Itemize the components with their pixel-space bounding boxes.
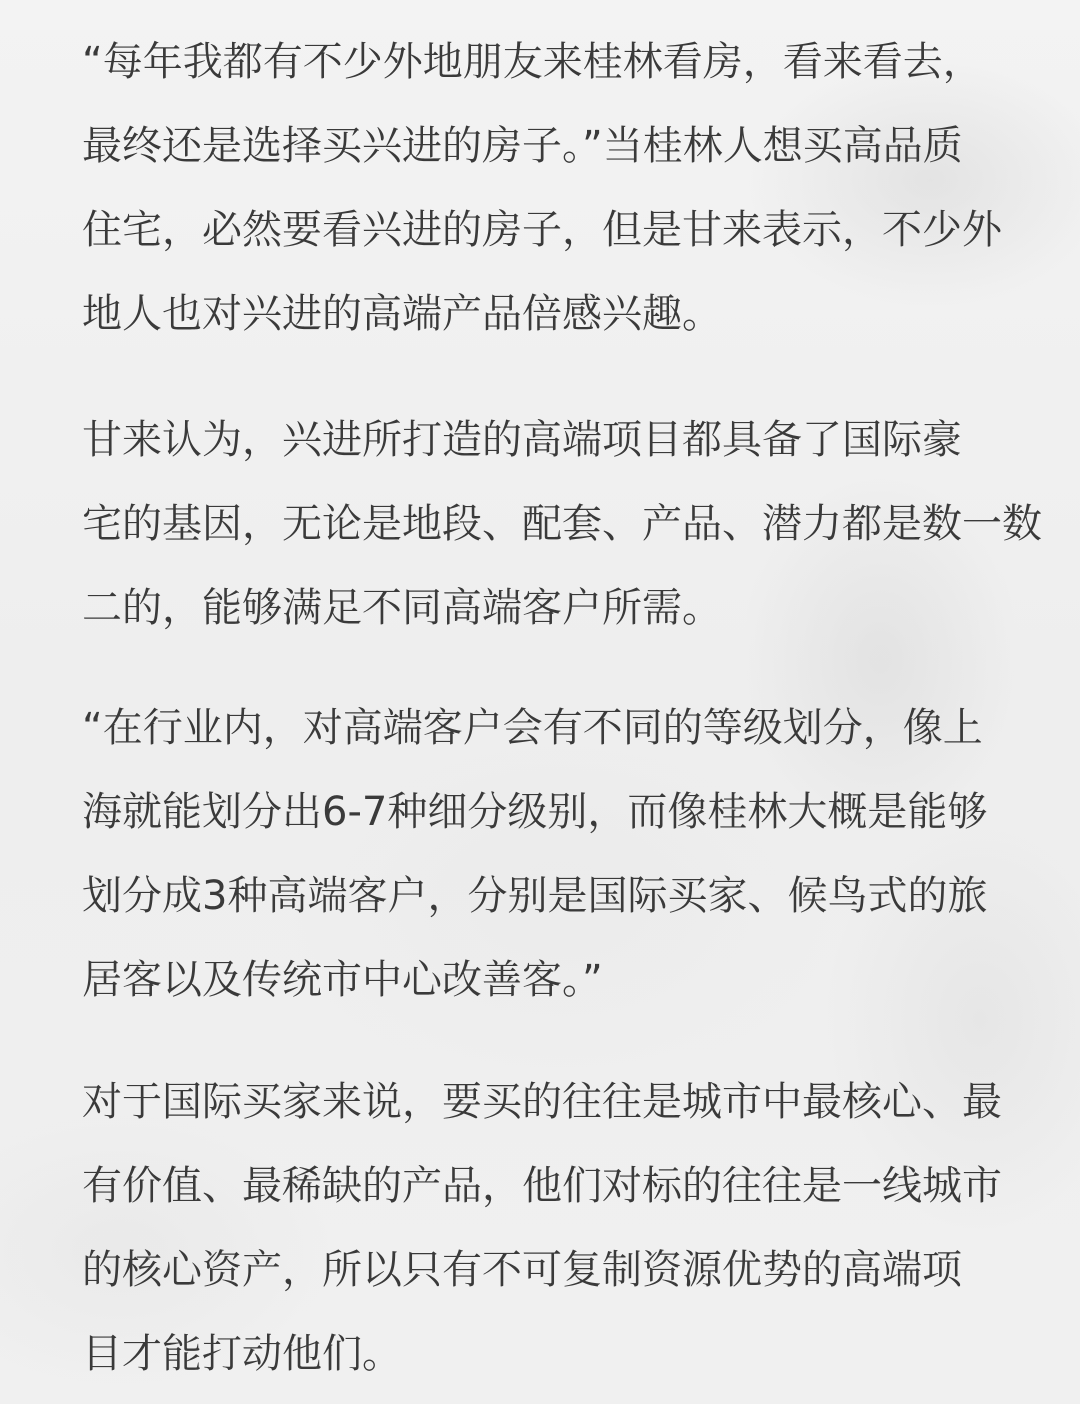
- text-line: 二的，能够满足不同高端客户所需。: [82, 566, 1042, 650]
- text-line: 有价值、最稀缺的产品，他们对标的往往是一线城市: [82, 1144, 1002, 1228]
- paragraph-3: “在行业内，对高端客户会有不同的等级划分，像上 海就能划分出6-7种细分级别，而…: [82, 686, 987, 1022]
- paragraph-2: 甘来认为，兴进所打造的高端项目都具备了国际豪 宅的基因，无论是地段、配套、产品、…: [82, 398, 1042, 650]
- text-line: 的核心资产，所以只有不可复制资源优势的高端项: [82, 1228, 1002, 1312]
- text-line: 住宅，必然要看兴进的房子，但是甘来表示，不少外: [82, 188, 1002, 272]
- text-line: 划分成3种高端客户，分别是国际买家、候鸟式的旅: [82, 854, 987, 938]
- text-line: 地人也对兴进的高端产品倍感兴趣。: [82, 272, 1002, 356]
- paragraph-1: “每年我都有不少外地朋友来桂林看房，看来看去， 最终还是选择买兴进的房子。”当桂…: [82, 20, 1002, 356]
- text-line: 最终还是选择买兴进的房子。”当桂林人想买高品质: [82, 104, 1002, 188]
- text-line: “每年我都有不少外地朋友来桂林看房，看来看去，: [82, 20, 1002, 104]
- text-line: 宅的基因，无论是地段、配套、产品、潜力都是数一数: [82, 482, 1042, 566]
- text-line: 目才能打动他们。: [82, 1312, 1002, 1396]
- text-line: 对于国际买家来说，要买的往往是城市中最核心、最: [82, 1060, 1002, 1144]
- text-line: 甘来认为，兴进所打造的高端项目都具备了国际豪: [82, 398, 1042, 482]
- text-line: 居客以及传统市中心改善客。”: [82, 938, 987, 1022]
- paragraph-4: 对于国际买家来说，要买的往往是城市中最核心、最 有价值、最稀缺的产品，他们对标的…: [82, 1060, 1002, 1396]
- text-line: 海就能划分出6-7种细分级别，而像桂林大概是能够: [82, 770, 987, 854]
- text-line: “在行业内，对高端客户会有不同的等级划分，像上: [82, 686, 987, 770]
